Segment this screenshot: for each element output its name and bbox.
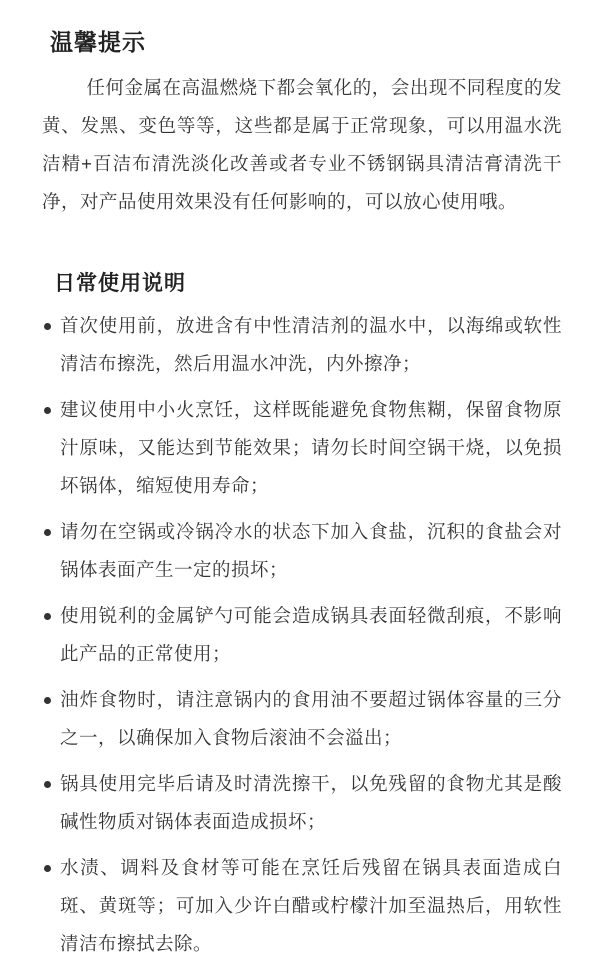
list-item: 锅具使用完毕后请及时清洗擦干，以免残留的食物尤其是酸碱性物质对锅体表面造成损坏；	[42, 765, 562, 841]
bullet-icon	[44, 613, 51, 620]
bullet-icon	[44, 781, 51, 788]
list-item-text: 建议使用中小火烹饪，这样既能避免食物焦糊，保留食物原汁原味，又能达到节能效果；请…	[60, 399, 562, 496]
list-item-text: 水渍、调料及食材等可能在烹饪后残留在锅具表面造成白斑、黄斑等；可加入少许白醋或柠…	[60, 857, 562, 954]
list-item: 使用锐利的金属铲勺可能会造成锅具表面轻微刮痕，不影响此产品的正常使用；	[42, 597, 562, 673]
list-item-text: 首次使用前，放进含有中性清洁剂的温水中，以海绵或软性清洁布擦洗，然后用温水冲洗，…	[60, 315, 562, 374]
list-item: 请勿在空锅或冷锅冷水的状态下加入食盐，沉积的食盐会对锅体表面产生一定的损坏；	[42, 513, 562, 589]
list-item: 油炸食物时，请注意锅内的食用油不要超过锅体容量的三分之一，以确保加入食物后滚油不…	[42, 681, 562, 757]
list-item-text: 使用锐利的金属铲勺可能会造成锅具表面轻微刮痕，不影响此产品的正常使用；	[60, 605, 562, 664]
bullet-icon	[44, 697, 51, 704]
list-item: 首次使用前，放进含有中性清洁剂的温水中，以海绵或软性清洁布擦洗，然后用温水冲洗，…	[42, 307, 562, 383]
tips-section-title: 温馨提示	[50, 24, 562, 57]
list-item-text: 请勿在空锅或冷锅冷水的状态下加入食盐，沉积的食盐会对锅体表面产生一定的损坏；	[60, 521, 562, 580]
list-item: 建议使用中小火烹饪，这样既能避免食物焦糊，保留食物原汁原味，又能达到节能效果；请…	[42, 391, 562, 505]
list-item-text: 锅具使用完毕后请及时清洗擦干，以免残留的食物尤其是酸碱性物质对锅体表面造成损坏；	[60, 773, 562, 832]
bullet-icon	[44, 407, 51, 414]
usage-section-title: 日常使用说明	[54, 267, 562, 297]
tips-paragraph: 任何金属在高温燃烧下都会氧化的，会出现不同程度的发黄、发黑、变色等等，这些都是属…	[42, 69, 562, 221]
tips-section: 温馨提示 任何金属在高温燃烧下都会氧化的，会出现不同程度的发黄、发黑、变色等等，…	[42, 24, 562, 221]
usage-instructions-list: 首次使用前，放进含有中性清洁剂的温水中，以海绵或软性清洁布擦洗，然后用温水冲洗，…	[42, 307, 562, 963]
bullet-icon	[44, 323, 51, 330]
product-care-instructions-page: 温馨提示 任何金属在高温燃烧下都会氧化的，会出现不同程度的发黄、发黑、变色等等，…	[0, 0, 600, 964]
bullet-icon	[44, 865, 51, 872]
bullet-icon	[44, 529, 51, 536]
list-item: 水渍、调料及食材等可能在烹饪后残留在锅具表面造成白斑、黄斑等；可加入少许白醋或柠…	[42, 849, 562, 963]
list-item-text: 油炸食物时，请注意锅内的食用油不要超过锅体容量的三分之一，以确保加入食物后滚油不…	[60, 689, 562, 748]
usage-section: 日常使用说明 首次使用前，放进含有中性清洁剂的温水中，以海绵或软性清洁布擦洗，然…	[42, 267, 562, 963]
